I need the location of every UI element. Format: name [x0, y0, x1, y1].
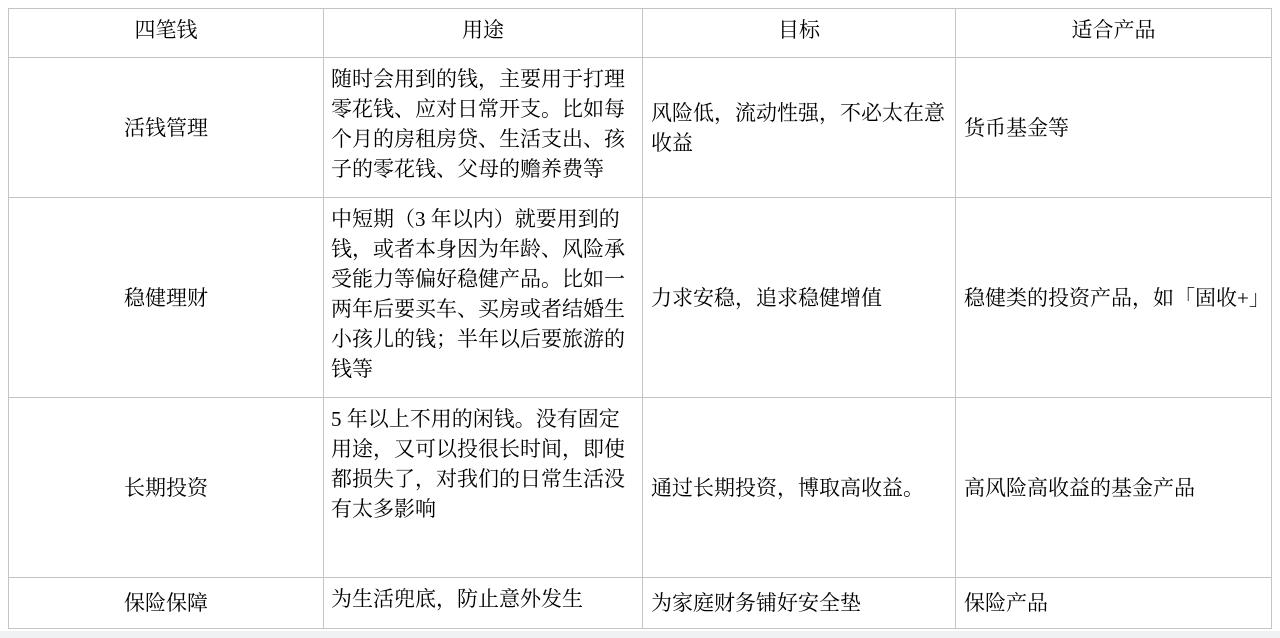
cell-category: 保险保障	[9, 578, 324, 629]
header-cell-products: 适合产品	[956, 9, 1272, 58]
cell-products: 高风险高收益的基金产品	[956, 398, 1272, 578]
cell-products: 货币基金等	[956, 58, 1272, 198]
header-cell-category: 四笔钱	[9, 9, 324, 58]
table-row-insurance: 保险保障 为生活兜底，防止意外发生 为家庭财务铺好安全垫 保险产品	[9, 578, 1272, 629]
cell-goal: 通过长期投资，博取高收益。	[643, 398, 956, 578]
header-cell-usage: 用途	[324, 9, 643, 58]
cell-usage: 随时会用到的钱，主要用于打理零花钱、应对日常开支。比如每个月的房租房贷、生活支出…	[324, 58, 643, 198]
cell-products: 保险产品	[956, 578, 1272, 629]
cell-category: 活钱管理	[9, 58, 324, 198]
cell-category: 稳健理财	[9, 198, 324, 398]
header-row: 四笔钱 用途 目标 适合产品	[9, 9, 1272, 58]
four-money-table: 四笔钱 用途 目标 适合产品 活钱管理 随时会用到的钱，主要用于打理零花钱、应对…	[8, 8, 1272, 629]
cell-goal: 风险低，流动性强，不必太在意收益	[643, 58, 956, 198]
cell-goal: 力求安稳，追求稳健增值	[643, 198, 956, 398]
table-row-liquid-money: 活钱管理 随时会用到的钱，主要用于打理零花钱、应对日常开支。比如每个月的房租房贷…	[9, 58, 1272, 198]
header-cell-goal: 目标	[643, 9, 956, 58]
document-page: 四笔钱 用途 目标 适合产品 活钱管理 随时会用到的钱，主要用于打理零花钱、应对…	[0, 0, 1280, 638]
cell-category: 长期投资	[9, 398, 324, 578]
cell-products: 稳健类的投资产品，如「固收+」	[956, 198, 1272, 398]
cell-usage: 为生活兜底，防止意外发生	[324, 578, 643, 629]
cell-usage: 中短期（3 年以内）就要用到的钱，或者本身因为年龄、风险承受能力等偏好稳健产品。…	[324, 198, 643, 398]
cell-goal: 为家庭财务铺好安全垫	[643, 578, 956, 629]
table-row-stable-wealth: 稳健理财 中短期（3 年以内）就要用到的钱，或者本身因为年龄、风险承受能力等偏好…	[9, 198, 1272, 398]
table-row-long-term-invest: 长期投资 5 年以上不用的闲钱。没有固定用途，又可以投很长时间，即使都损失了，对…	[9, 398, 1272, 578]
cell-usage: 5 年以上不用的闲钱。没有固定用途，又可以投很长时间，即使都损失了，对我们的日常…	[324, 398, 643, 578]
page-bottom-strip	[0, 631, 1280, 638]
